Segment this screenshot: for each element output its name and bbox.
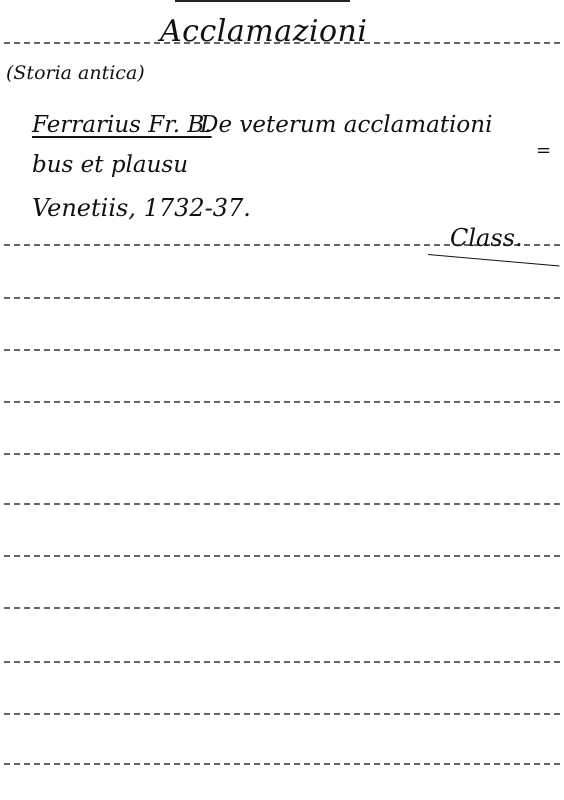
classmark-underline [428,254,560,267]
author-name: Ferrarius Fr. B. [32,112,212,138]
ruled-line [4,503,560,505]
ruled-line [4,555,560,557]
ruled-line [4,453,560,455]
ruled-line [4,401,560,403]
ruled-line [4,661,560,663]
ruled-line [4,349,560,351]
title-line-2: bus et plausu [32,152,188,178]
top-edge-mark [175,0,350,2]
ruled-line [4,607,560,609]
subject-note: (Storia antica) [6,62,145,84]
title-line-1: De veterum acclamationi [200,112,492,138]
classmark: Class. [450,224,523,252]
catalog-card: Acclamazioni (Storia antica) Ferrarius F… [0,0,564,800]
ruled-line [4,297,560,299]
continuation-mark: = [536,140,551,161]
card-heading: Acclamazioni [160,14,367,49]
imprint: Venetiis, 1732-37. [32,194,251,222]
ruled-line [4,713,560,715]
ruled-line [4,763,560,765]
